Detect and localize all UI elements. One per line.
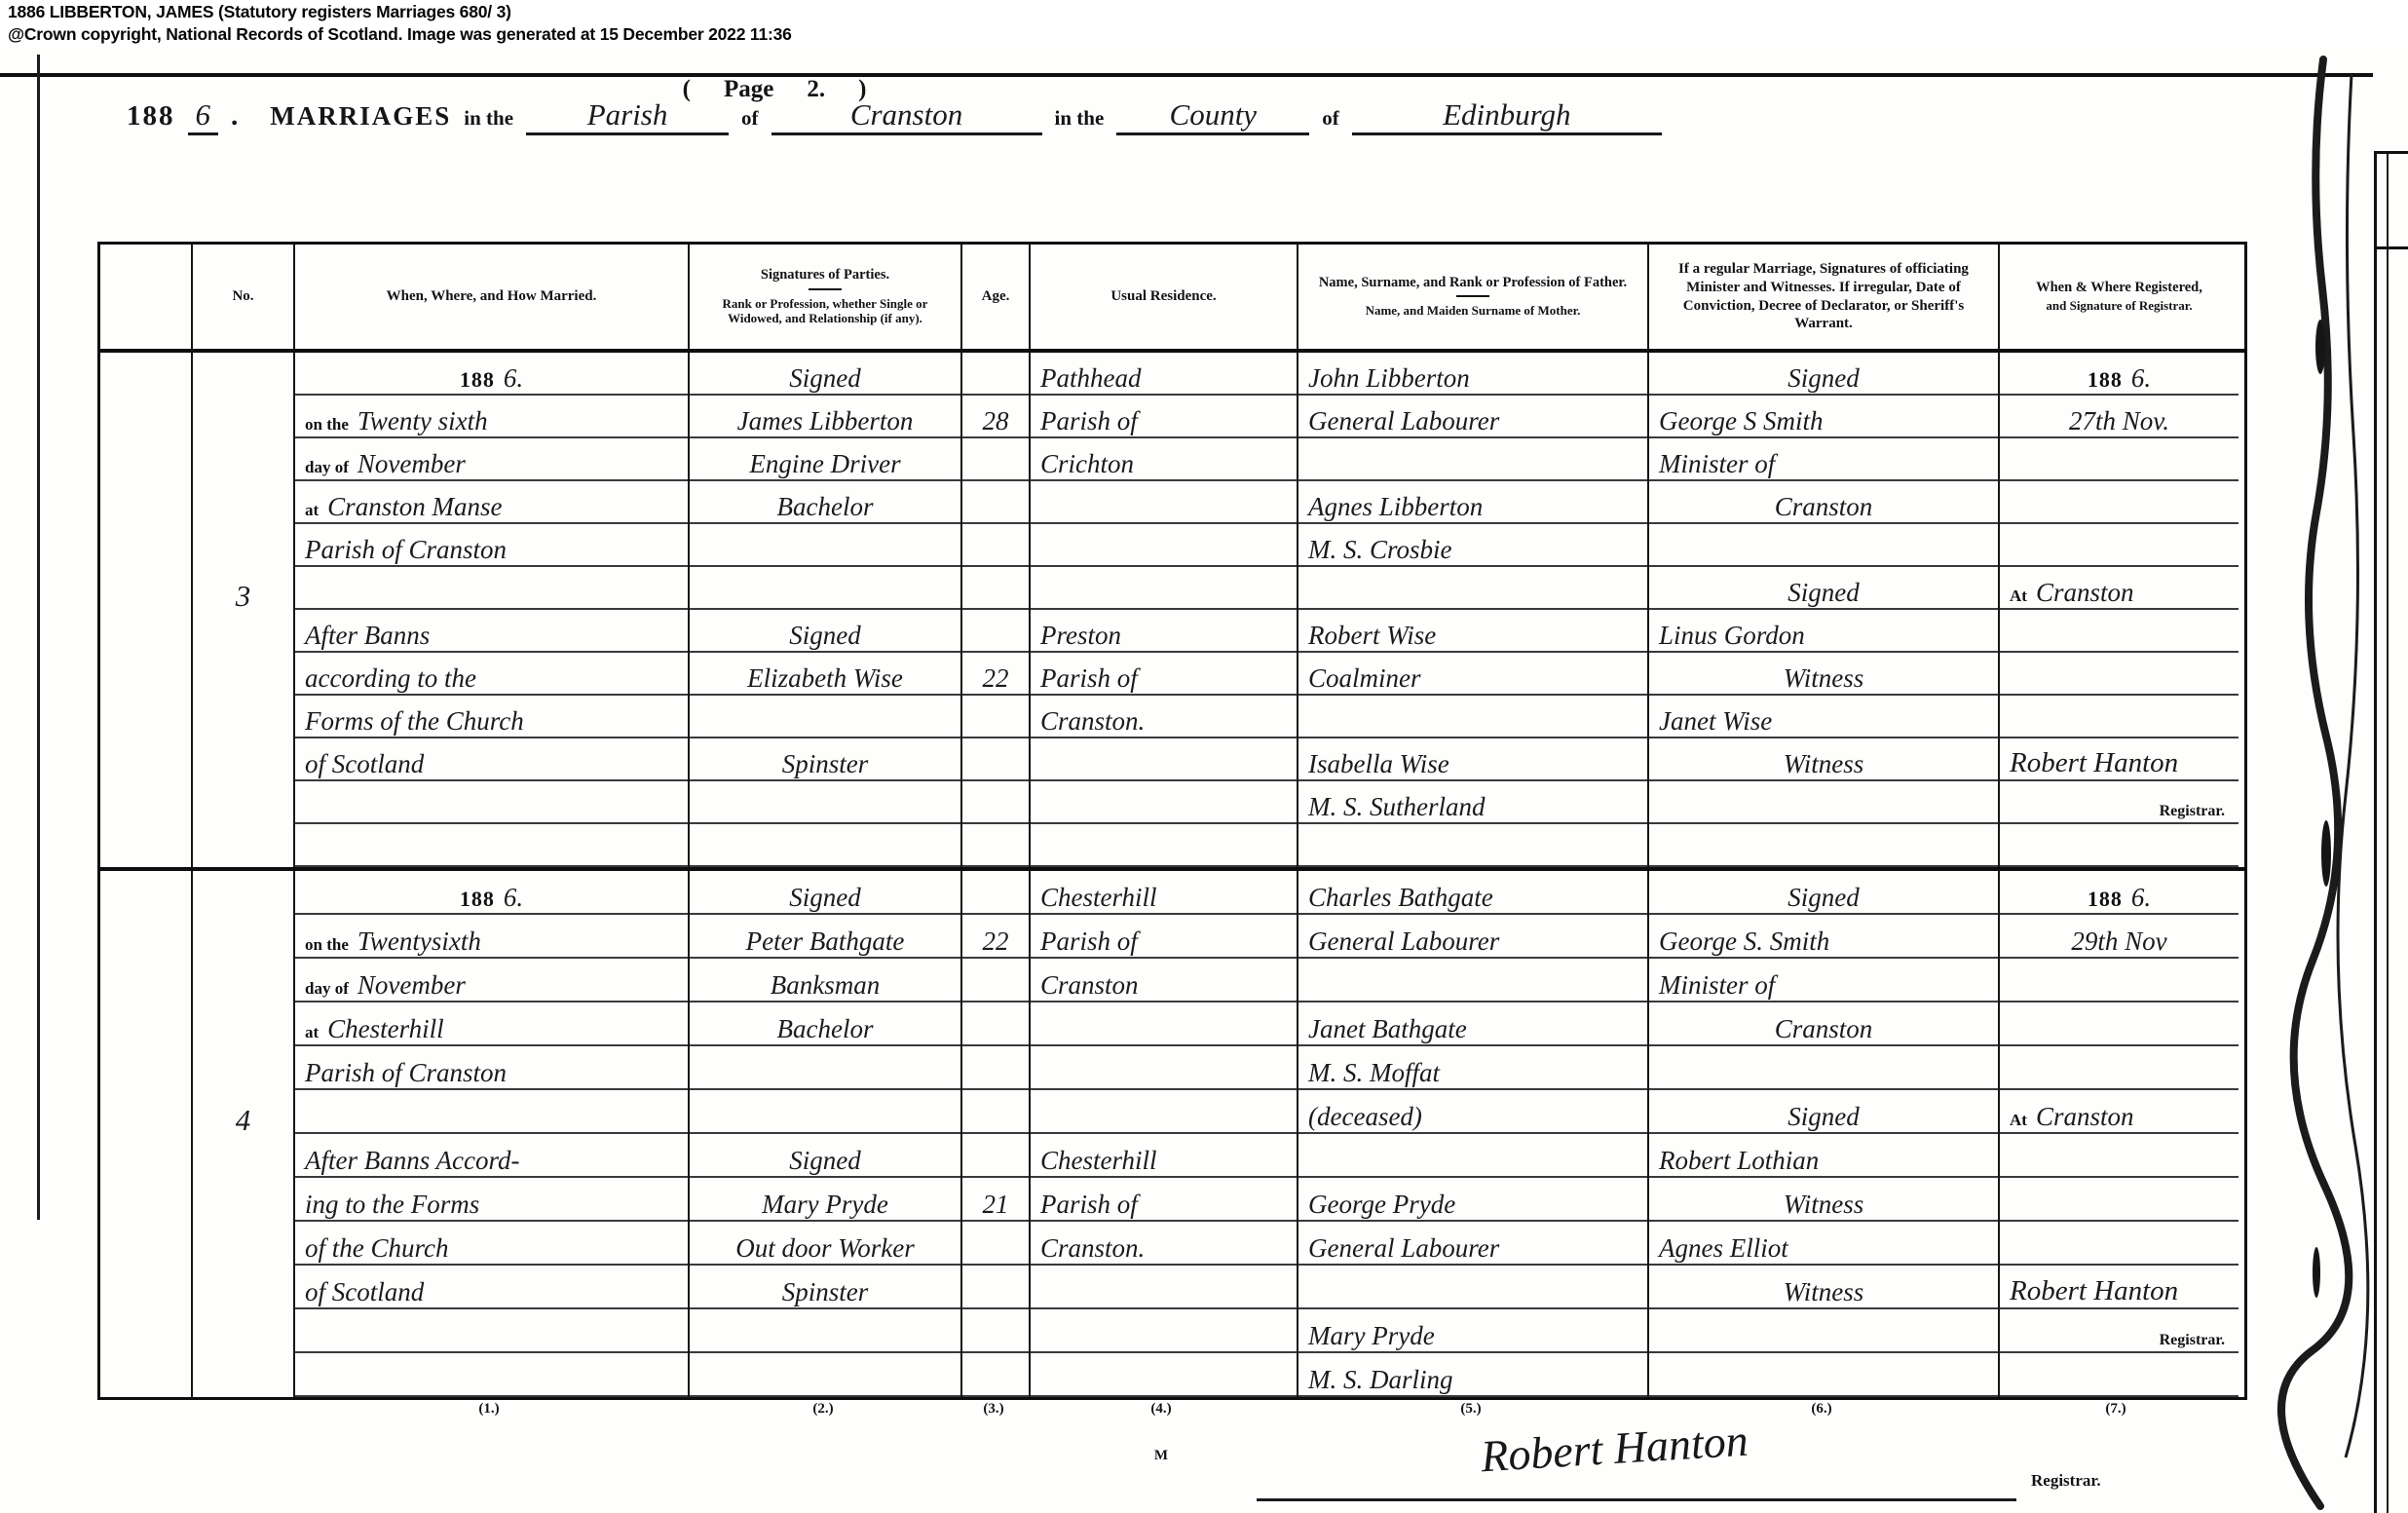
handwritten-entry: Janet Wise bbox=[1659, 708, 1772, 735]
entry-line bbox=[1649, 1353, 1998, 1397]
entry-line bbox=[690, 1090, 960, 1134]
record-title-text: 1886 LIBBERTON, JAMES (Statutory registe… bbox=[8, 2, 511, 22]
entry-line: Robert Hanton bbox=[2000, 1266, 2239, 1309]
handwritten-entry: 6. bbox=[2131, 885, 2151, 911]
handwritten-entry: Robert Hanton bbox=[2010, 749, 2178, 777]
cell-age-record-3: 2822 bbox=[962, 353, 1031, 867]
entry-line: George Pryde bbox=[1298, 1178, 1647, 1222]
title-period: . bbox=[231, 100, 240, 132]
entry-line bbox=[962, 353, 1029, 396]
entry-line bbox=[295, 1090, 688, 1134]
printed-label: on the bbox=[305, 415, 349, 435]
handwritten-entry: General Labourer bbox=[1308, 1235, 1499, 1262]
handwritten-entry: ing to the Forms bbox=[305, 1191, 479, 1218]
entry-line: Parish of bbox=[1031, 653, 1297, 696]
entry-line: 21 bbox=[962, 1178, 1029, 1222]
entry-line: Coalminer bbox=[1298, 653, 1647, 696]
entry-line bbox=[1298, 1266, 1647, 1309]
entry-line: Engine Driver bbox=[690, 438, 960, 481]
entry-line bbox=[2000, 959, 2239, 1002]
handwritten-entry: Mary Pryde bbox=[762, 1191, 888, 1218]
cell-signatures-record-3: SignedJames LibbertonEngine DriverBachel… bbox=[690, 353, 962, 867]
printed-label: 188 bbox=[2088, 367, 2123, 392]
entry-line: General Labourer bbox=[1298, 1222, 1647, 1266]
register-scan: ( Page 2. ) 188 6 . MARRIAGES in the Par… bbox=[0, 47, 2408, 1513]
entry-line bbox=[1031, 567, 1297, 610]
handwritten-entry: James Libberton bbox=[737, 408, 914, 435]
torn-page-edge bbox=[2270, 55, 2377, 1513]
entry-line: Robert Lothian bbox=[1649, 1134, 1998, 1178]
entry-line bbox=[962, 1090, 1029, 1134]
entry-line bbox=[1031, 524, 1297, 567]
cell-registered-record-3: 1886.27th Nov.AtCranstonRobert HantonReg… bbox=[2000, 353, 2239, 867]
entry-line: Signed bbox=[1649, 871, 1998, 915]
entry-line bbox=[1298, 696, 1647, 738]
entry-line: Signed bbox=[690, 353, 960, 396]
header-witnesses: If a regular Marriage, Signatures of off… bbox=[1649, 245, 2000, 349]
handwritten-entry: 22 bbox=[983, 928, 1009, 955]
entry-line bbox=[690, 824, 960, 867]
header-text: Usual Residence. bbox=[1110, 287, 1216, 306]
entry-line bbox=[1649, 781, 1998, 824]
handwritten-entry: Cranston Manse bbox=[327, 494, 502, 520]
handwritten-entry: 22 bbox=[983, 665, 1009, 692]
entry-line bbox=[1031, 1046, 1297, 1090]
cell-married-record-4: 1886.on theTwentysixthday ofNovemberatCh… bbox=[295, 871, 690, 1397]
entry-line: of the Church bbox=[295, 1222, 688, 1266]
handwritten-entry: 6. bbox=[504, 885, 523, 911]
entry-line: Signed bbox=[1649, 1090, 1998, 1134]
table-body: 31886.on theTwenty sixthday ofNovemberat… bbox=[100, 353, 2244, 1397]
title-in-the-1: in the bbox=[464, 106, 513, 131]
handwritten-entry: Parish of Cranston bbox=[305, 1060, 507, 1086]
entry-line: on theTwentysixth bbox=[295, 915, 688, 959]
entry-line bbox=[1031, 1002, 1297, 1046]
printed-label: at bbox=[305, 501, 319, 520]
header-divider bbox=[809, 288, 842, 290]
entry-line bbox=[1649, 524, 1998, 567]
handwritten-entry: General Labourer bbox=[1308, 928, 1499, 955]
entry-line: atChesterhill bbox=[295, 1002, 688, 1046]
entry-line: day ofNovember bbox=[295, 438, 688, 481]
entry-line bbox=[1031, 1309, 1297, 1353]
adjacent-page-header-line bbox=[2377, 246, 2408, 249]
handwritten-entry: (deceased) bbox=[1308, 1104, 1422, 1130]
title-of-2: of bbox=[1322, 106, 1339, 131]
entry-line bbox=[962, 1266, 1029, 1309]
entry-line: Witness bbox=[1649, 1178, 1998, 1222]
handwritten-entry: Pathhead bbox=[1040, 365, 1141, 392]
title-in-the-2: in the bbox=[1055, 106, 1105, 131]
handwritten-entry: 29th Nov bbox=[2071, 928, 2166, 955]
entry-line: on theTwenty sixth bbox=[295, 396, 688, 438]
handwritten-entry: George S Smith bbox=[1659, 408, 1823, 435]
header-signatures: Signatures of Parties.Rank or Profession… bbox=[690, 245, 962, 349]
entry-line bbox=[962, 1353, 1029, 1397]
entry-line: Charles Bathgate bbox=[1298, 871, 1647, 915]
handwritten-entry: Parish of Cranston bbox=[305, 537, 507, 563]
handwritten-entry: of the Church bbox=[305, 1235, 449, 1262]
entry-line: Parish of bbox=[1031, 396, 1297, 438]
title-parish-word: Parish bbox=[526, 97, 729, 135]
entry-line: Chesterhill bbox=[1031, 871, 1297, 915]
entry-line bbox=[1298, 438, 1647, 481]
record-number-cell: 4 bbox=[193, 871, 295, 1397]
entry-line bbox=[962, 696, 1029, 738]
handwritten-entry: Cranston bbox=[1775, 494, 1873, 520]
entry-line bbox=[2000, 824, 2239, 867]
handwritten-entry: November bbox=[357, 451, 466, 477]
header-top-text: Signatures of Parties. bbox=[761, 267, 889, 284]
entry-line bbox=[2000, 1134, 2239, 1178]
handwritten-entry: Engine Driver bbox=[749, 451, 900, 477]
title-parish-name: Cranston bbox=[771, 97, 1042, 135]
entry-line: 22 bbox=[962, 915, 1029, 959]
handwritten-entry: Cranston bbox=[2036, 1104, 2134, 1130]
entry-line bbox=[1031, 738, 1297, 781]
entry-line: Banksman bbox=[690, 959, 960, 1002]
entry-line bbox=[295, 1309, 688, 1353]
handwritten-entry: Isabella Wise bbox=[1308, 751, 1449, 777]
entry-line: 22 bbox=[962, 653, 1029, 696]
entry-line bbox=[962, 438, 1029, 481]
header-age: Age. bbox=[962, 245, 1031, 349]
entry-line bbox=[295, 824, 688, 867]
handwritten-entry: Charles Bathgate bbox=[1308, 885, 1493, 911]
entry-line bbox=[295, 781, 688, 824]
entry-line: Signed bbox=[690, 610, 960, 653]
entry-line: Preston bbox=[1031, 610, 1297, 653]
cell-witnesses-record-4: SignedGeorge S. SmithMinister ofCranston… bbox=[1649, 871, 2000, 1397]
handwritten-entry: M. S. Crosbie bbox=[1308, 537, 1452, 563]
handwritten-entry: Signed bbox=[1787, 885, 1860, 911]
entry-line bbox=[962, 610, 1029, 653]
entry-line: Forms of the Church bbox=[295, 696, 688, 738]
title-county-word: County bbox=[1116, 97, 1309, 135]
handwritten-entry: Robert Lothian bbox=[1659, 1148, 1819, 1174]
handwritten-entry: Forms of the Church bbox=[305, 708, 524, 735]
footer-column-number: (3.) bbox=[983, 1401, 1003, 1418]
cell-signatures-record-4: SignedPeter BathgateBanksmanBachelorSign… bbox=[690, 871, 962, 1397]
handwritten-entry: Witness bbox=[1784, 665, 1864, 692]
cell-parents-record-4: Charles BathgateGeneral LabourerJanet Ba… bbox=[1298, 871, 1649, 1397]
entry-line bbox=[962, 1222, 1029, 1266]
entry-line bbox=[1031, 1353, 1297, 1397]
handwritten-entry: Chesterhill bbox=[1040, 885, 1157, 911]
entry-line: of Scotland bbox=[295, 1266, 688, 1309]
table-header-row: No.When, Where, and How Married.Signatur… bbox=[100, 245, 2244, 353]
entry-line bbox=[962, 1046, 1029, 1090]
entry-line: After Banns bbox=[295, 610, 688, 653]
entry-line: of Scotland bbox=[295, 738, 688, 781]
cell-married-record-3: 1886.on theTwenty sixthday ofNovemberatC… bbox=[295, 353, 690, 867]
printed-label: on the bbox=[305, 935, 349, 955]
entry-line bbox=[1649, 1046, 1998, 1090]
footer-column-number: (7.) bbox=[2105, 1401, 2126, 1418]
entry-line: General Labourer bbox=[1298, 915, 1647, 959]
footer-letter-mark: M bbox=[1154, 1448, 1168, 1464]
entry-line bbox=[2000, 696, 2239, 738]
entry-line bbox=[1031, 1266, 1297, 1309]
entry-line bbox=[690, 1309, 960, 1353]
gutter-cell bbox=[100, 353, 193, 867]
entry-line bbox=[2000, 1002, 2239, 1046]
handwritten-entry: Peter Bathgate bbox=[746, 928, 905, 955]
entry-line: Cranston. bbox=[1031, 696, 1297, 738]
entry-line: M. S. Moffat bbox=[1298, 1046, 1647, 1090]
handwritten-entry: After Banns Accord- bbox=[305, 1148, 519, 1174]
entry-line: Registrar. bbox=[2000, 1309, 2239, 1353]
printed-label: 188 bbox=[460, 367, 495, 392]
handwritten-entry: Spinster bbox=[782, 1279, 869, 1305]
entry-line: M. S. Darling bbox=[1298, 1353, 1647, 1397]
cell-residence-record-4: ChesterhillParish ofCranstonChesterhillP… bbox=[1031, 871, 1298, 1397]
entry-line bbox=[1298, 567, 1647, 610]
record-row-3: 31886.on theTwenty sixthday ofNovemberat… bbox=[100, 353, 2244, 867]
entry-line bbox=[1031, 1090, 1297, 1134]
cell-parents-record-3: John LibbertonGeneral LabourerAgnes Libb… bbox=[1298, 353, 1649, 867]
handwritten-entry: Cranston. bbox=[1040, 708, 1145, 735]
handwritten-entry: M. S. Sutherland bbox=[1308, 794, 1486, 820]
entry-line: After Banns Accord- bbox=[295, 1134, 688, 1178]
entry-line: Witness bbox=[1649, 653, 1998, 696]
handwritten-entry: Signed bbox=[789, 885, 861, 911]
printed-label: day of bbox=[305, 979, 349, 999]
entry-line bbox=[2000, 1353, 2239, 1397]
handwritten-entry: Spinster bbox=[782, 751, 869, 777]
entry-line: (deceased) bbox=[1298, 1090, 1647, 1134]
entry-line: ing to the Forms bbox=[295, 1178, 688, 1222]
entry-line: Agnes Elliot bbox=[1649, 1222, 1998, 1266]
entry-line bbox=[1298, 1134, 1647, 1178]
handwritten-entry: Signed bbox=[789, 1148, 861, 1174]
entry-line: Registrar. bbox=[2000, 781, 2239, 824]
handwritten-entry: of Scotland bbox=[305, 751, 424, 777]
handwritten-entry: General Labourer bbox=[1308, 408, 1499, 435]
handwritten-entry: 6. bbox=[2131, 365, 2151, 392]
header-text: If a regular Marriage, Signatures of off… bbox=[1655, 260, 1992, 333]
gutter-cell bbox=[100, 871, 193, 1397]
entry-line: Janet Wise bbox=[1649, 696, 1998, 738]
handwritten-entry: Cranston bbox=[1040, 972, 1139, 999]
registrar-signature: Robert Hanton bbox=[1480, 1415, 1750, 1483]
entry-line: Witness bbox=[1649, 1266, 1998, 1309]
entry-line: Parish of Cranston bbox=[295, 524, 688, 567]
entry-line: 1886. bbox=[2000, 871, 2239, 915]
entry-line bbox=[295, 567, 688, 610]
title-county-name: Edinburgh bbox=[1352, 97, 1662, 135]
footer-column-number: (1.) bbox=[478, 1401, 499, 1418]
entry-line bbox=[962, 481, 1029, 524]
entry-line: John Libberton bbox=[1298, 353, 1647, 396]
printed-label: 188 bbox=[2088, 887, 2123, 911]
title-year-printed: 188 bbox=[127, 100, 175, 132]
entry-line: Cranston bbox=[1031, 959, 1297, 1002]
header-registered: When & Where Registered,and Signature of… bbox=[2000, 245, 2239, 349]
header-text: When, Where, and How Married. bbox=[387, 287, 597, 306]
footer-column-number: (4.) bbox=[1150, 1401, 1171, 1418]
handwritten-entry: Parish of bbox=[1040, 408, 1138, 435]
entry-line: Cranston bbox=[1649, 481, 1998, 524]
entry-line bbox=[690, 524, 960, 567]
entry-line bbox=[962, 524, 1029, 567]
printed-label: day of bbox=[305, 458, 349, 477]
cell-registered-record-4: 1886.29th NovAtCranstonRobert HantonRegi… bbox=[2000, 871, 2239, 1397]
handwritten-entry: John Libberton bbox=[1308, 365, 1470, 392]
handwritten-entry: 28 bbox=[983, 408, 1009, 435]
handwritten-entry: M. S. Darling bbox=[1308, 1367, 1453, 1393]
header-no: No. bbox=[193, 245, 295, 349]
record-number-cell: 3 bbox=[193, 353, 295, 867]
handwritten-entry: Parish of bbox=[1040, 1191, 1138, 1218]
handwritten-entry: Bachelor bbox=[777, 1016, 874, 1042]
title-marriages: MARRIAGES bbox=[270, 101, 451, 132]
cell-residence-record-3: PathheadParish ofCrichtonPrestonParish o… bbox=[1031, 353, 1298, 867]
printed-text: Registrar. bbox=[2160, 1332, 2225, 1349]
entry-line bbox=[962, 781, 1029, 824]
entry-line: atCranston Manse bbox=[295, 481, 688, 524]
handwritten-entry: Signed bbox=[1787, 365, 1860, 392]
entry-line bbox=[2000, 610, 2239, 653]
header-residence: Usual Residence. bbox=[1031, 245, 1298, 349]
handwritten-entry: Signed bbox=[789, 365, 861, 392]
handwritten-entry: M. S. Moffat bbox=[1308, 1060, 1440, 1086]
handwritten-entry: Chesterhill bbox=[1040, 1148, 1157, 1174]
registrar-label: Registrar. bbox=[2031, 1471, 2101, 1491]
handwritten-entry: Preston bbox=[1040, 623, 1121, 649]
entry-line bbox=[1031, 781, 1297, 824]
handwritten-entry: Chesterhill bbox=[327, 1016, 444, 1042]
entry-line bbox=[962, 567, 1029, 610]
entry-line bbox=[2000, 524, 2239, 567]
printed-text: Registrar. bbox=[2160, 803, 2225, 820]
entry-line: Bachelor bbox=[690, 1002, 960, 1046]
entry-line bbox=[1031, 824, 1297, 867]
footer-column-number: (5.) bbox=[1460, 1401, 1481, 1418]
entry-line: Parish of bbox=[1031, 1178, 1297, 1222]
entry-line bbox=[962, 824, 1029, 867]
handwritten-entry: Banksman bbox=[771, 972, 880, 999]
entry-line bbox=[295, 1353, 688, 1397]
entry-line: 1886. bbox=[2000, 353, 2239, 396]
entry-line: Mary Pryde bbox=[1298, 1309, 1647, 1353]
entry-line: M. S. Crosbie bbox=[1298, 524, 1647, 567]
handwritten-entry: Minister of bbox=[1659, 972, 1775, 999]
entry-line: Parish of Cranston bbox=[295, 1046, 688, 1090]
record-number: 4 bbox=[193, 1103, 293, 1138]
header-text: Age. bbox=[982, 287, 1010, 306]
handwritten-entry: November bbox=[357, 972, 466, 999]
entry-line: Signed bbox=[1649, 567, 1998, 610]
handwritten-entry: Parish of bbox=[1040, 928, 1138, 955]
cell-age-record-4: 2221 bbox=[962, 871, 1031, 1397]
entry-line: General Labourer bbox=[1298, 396, 1647, 438]
entry-line bbox=[1649, 1309, 1998, 1353]
handwritten-entry: Crichton bbox=[1040, 451, 1134, 477]
entry-line: Crichton bbox=[1031, 438, 1297, 481]
header-divider bbox=[1456, 295, 1489, 297]
title-of-1: of bbox=[741, 106, 759, 131]
handwritten-entry: Agnes Elliot bbox=[1659, 1235, 1788, 1262]
entry-line bbox=[690, 781, 960, 824]
handwritten-entry: Cranston bbox=[2036, 580, 2134, 606]
handwritten-entry: Janet Bathgate bbox=[1308, 1016, 1467, 1042]
handwritten-entry: Witness bbox=[1784, 751, 1864, 777]
entry-line: Agnes Libberton bbox=[1298, 481, 1647, 524]
entry-line: according to the bbox=[295, 653, 688, 696]
entry-line bbox=[1298, 824, 1647, 867]
entry-line: Chesterhill bbox=[1031, 1134, 1297, 1178]
handwritten-entry: 21 bbox=[983, 1191, 1009, 1218]
entry-line bbox=[2000, 1178, 2239, 1222]
record-row-4: 41886.on theTwentysixthday ofNovemberatC… bbox=[100, 867, 2244, 1397]
page-left-edge-line bbox=[37, 55, 40, 1220]
entry-line bbox=[962, 1309, 1029, 1353]
printed-label: At bbox=[2010, 586, 2027, 606]
entry-line: Janet Bathgate bbox=[1298, 1002, 1647, 1046]
register-table: No.When, Where, and How Married.Signatur… bbox=[97, 242, 2247, 1400]
entry-line bbox=[1031, 481, 1297, 524]
handwritten-entry: Cranston bbox=[1775, 1016, 1873, 1042]
handwritten-entry: Linus Gordon bbox=[1659, 623, 1805, 649]
handwritten-entry: Witness bbox=[1784, 1279, 1864, 1305]
entry-line: Spinster bbox=[690, 1266, 960, 1309]
header-top-text: Name, Surname, and Rank or Profession of… bbox=[1319, 275, 1627, 291]
entry-line: Mary Pryde bbox=[690, 1178, 960, 1222]
entry-line: M. S. Sutherland bbox=[1298, 781, 1647, 824]
title-year-handwritten: 6 bbox=[188, 97, 219, 135]
entry-line bbox=[962, 738, 1029, 781]
handwritten-entry: Cranston. bbox=[1040, 1235, 1145, 1262]
entry-line: Signed bbox=[690, 871, 960, 915]
entry-line: Linus Gordon bbox=[1649, 610, 1998, 653]
entry-line: Peter Bathgate bbox=[690, 915, 960, 959]
printed-label: At bbox=[2010, 1111, 2027, 1130]
entry-line: 1886. bbox=[295, 871, 688, 915]
handwritten-entry: After Banns bbox=[305, 623, 430, 649]
handwritten-entry: George Pryde bbox=[1308, 1191, 1455, 1218]
entry-line: Minister of bbox=[1649, 959, 1998, 1002]
entry-line: James Libberton bbox=[690, 396, 960, 438]
entry-line: Witness bbox=[1649, 738, 1998, 781]
handwritten-entry: Coalminer bbox=[1308, 665, 1421, 692]
handwritten-entry: 6. bbox=[504, 365, 523, 392]
handwritten-entry: Twenty sixth bbox=[357, 408, 488, 435]
handwritten-entry: Mary Pryde bbox=[1308, 1323, 1435, 1349]
entry-line: Robert Wise bbox=[1298, 610, 1647, 653]
printed-label: at bbox=[305, 1023, 319, 1042]
scan-top-rule bbox=[0, 73, 2373, 77]
viewer-header-bar: 1886 LIBBERTON, JAMES (Statutory registe… bbox=[0, 0, 2408, 47]
handwritten-entry: George S. Smith bbox=[1659, 928, 1829, 955]
entry-line bbox=[690, 1353, 960, 1397]
entry-line bbox=[962, 1002, 1029, 1046]
entry-line bbox=[690, 696, 960, 738]
handwritten-entry: Witness bbox=[1784, 1191, 1864, 1218]
registrar-signature-line bbox=[1257, 1498, 2016, 1501]
entry-line: Cranston bbox=[1649, 1002, 1998, 1046]
adjacent-page-column-line bbox=[2387, 154, 2389, 1513]
entry-line: Out door Worker bbox=[690, 1222, 960, 1266]
handwritten-entry: Minister of bbox=[1659, 451, 1775, 477]
register-title: 188 6 . MARRIAGES in the Parish of Crans… bbox=[127, 97, 1412, 135]
header-bottom-text: Rank or Profession, whether Single or Wi… bbox=[696, 296, 955, 326]
printed-label: 188 bbox=[460, 887, 495, 911]
header-top-text: When & Where Registered, bbox=[2036, 280, 2202, 296]
entry-line: 1886. bbox=[295, 353, 688, 396]
entry-line: George S Smith bbox=[1649, 396, 1998, 438]
entry-line bbox=[962, 1134, 1029, 1178]
